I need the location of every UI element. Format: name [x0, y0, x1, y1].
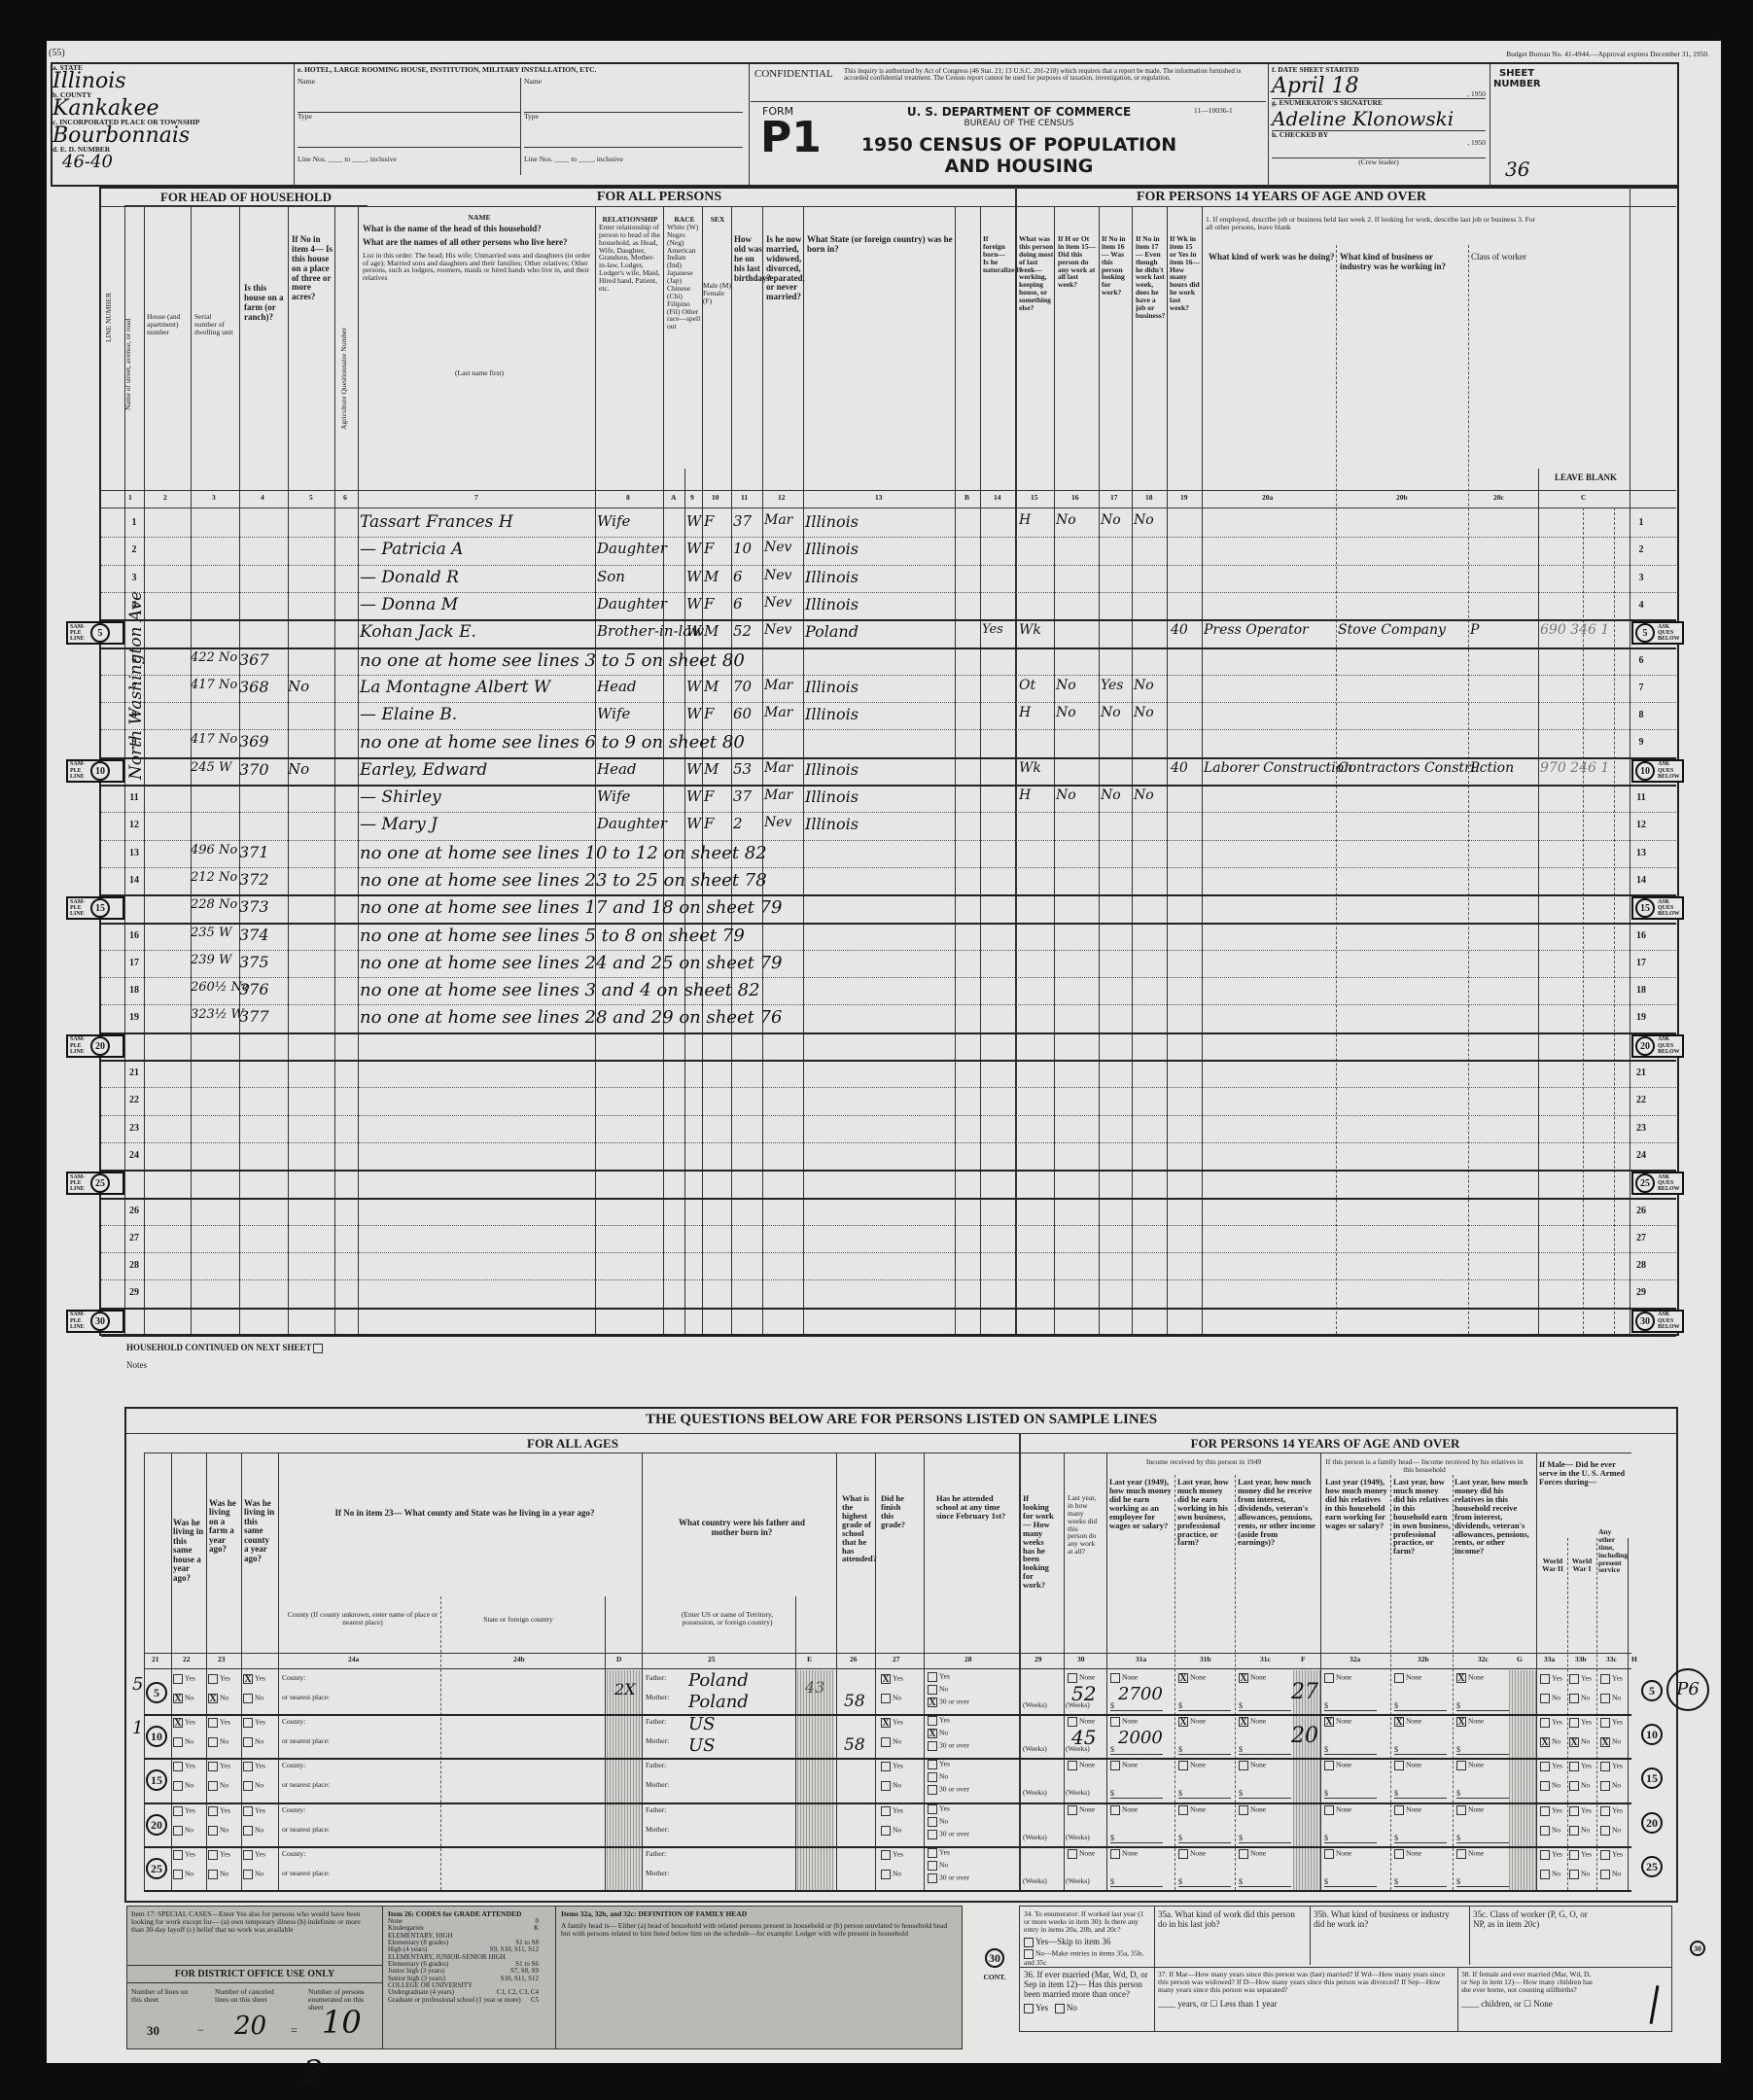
q28-option: 30 or over	[939, 1829, 969, 1837]
line-number: 26	[124, 1207, 144, 1217]
q31a-none-checkbox[interactable]	[1110, 1805, 1120, 1815]
cell-sex: M	[704, 678, 731, 695]
q23-no-checkbox[interactable]	[243, 1870, 253, 1879]
line-number-right: 11	[1631, 793, 1651, 804]
q33-yes-checkbox[interactable]	[1569, 1806, 1579, 1816]
q33-no-checkbox[interactable]	[1540, 1694, 1550, 1703]
q33-no-checkbox[interactable]	[1540, 1870, 1550, 1879]
q33-yes-checkbox[interactable]	[1540, 1762, 1550, 1771]
grid-line	[924, 1452, 925, 1890]
cell-name: — Donald R	[360, 568, 593, 587]
col-industry: What kind of business or industry was he…	[1340, 253, 1466, 272]
row-divider	[101, 1142, 1676, 1143]
line-number: 29	[124, 1288, 144, 1299]
county-label: County:	[282, 1762, 305, 1769]
q28-checkbox[interactable]	[928, 1685, 937, 1695]
cell-birth: Illinois	[805, 678, 953, 696]
none-label: None	[1336, 1804, 1351, 1813]
yes-label: Yes	[1581, 1850, 1592, 1859]
none-label: None	[1079, 1849, 1095, 1858]
no-label: No	[1552, 1870, 1560, 1878]
q23-no-checkbox[interactable]	[243, 1826, 253, 1836]
q22-no-checkbox[interactable]: X	[208, 1694, 218, 1703]
q33-header: If Male— Did he ever serve in the U. S. …	[1539, 1460, 1629, 1487]
q28-checkbox[interactable]	[928, 1760, 937, 1769]
q33-yes-checkbox[interactable]	[1569, 1762, 1579, 1771]
q27-no-checkbox[interactable]	[881, 1694, 891, 1703]
q31a-none-checkbox[interactable]	[1110, 1849, 1120, 1859]
name-q2: What are the names of all other persons …	[363, 238, 596, 248]
q33-yes-checkbox[interactable]	[1600, 1850, 1610, 1860]
q31c-none-checkbox[interactable]: X	[1239, 1717, 1248, 1727]
q22-no-checkbox[interactable]	[208, 1870, 218, 1879]
name-q1: What is the name of the head of this hou…	[363, 225, 596, 234]
q28-checkbox[interactable]	[928, 1772, 937, 1782]
q21-no-checkbox[interactable]	[173, 1737, 183, 1747]
yes-label: Yes	[255, 1805, 265, 1814]
grade-value: 58	[844, 1692, 865, 1711]
q33-no-checkbox[interactable]	[1600, 1870, 1610, 1879]
cell-work: No	[1056, 705, 1099, 720]
q30-none-checkbox[interactable]	[1068, 1761, 1077, 1770]
q31c-none-checkbox[interactable]	[1239, 1761, 1248, 1770]
sample-line-marker: SAM-PLE LINE15	[66, 896, 124, 920]
census-sheet: (55) Budget Bureau No. 41-4944.—Approval…	[47, 41, 1721, 2063]
cell-rel: Wife	[597, 705, 663, 722]
q32b-none-checkbox[interactable]: X	[1394, 1717, 1404, 1727]
q31b-none-checkbox[interactable]: X	[1178, 1717, 1188, 1727]
county-label: County:	[282, 1718, 305, 1726]
row-divider	[101, 592, 1676, 593]
q33-yes-checkbox[interactable]	[1569, 1674, 1579, 1684]
yes-label: Yes	[893, 1805, 903, 1814]
cell-mar: Nev	[764, 595, 803, 611]
q23-yes-checkbox[interactable]	[243, 1850, 253, 1860]
q22-yes-checkbox[interactable]	[208, 1762, 218, 1771]
q32a-none-checkbox[interactable]	[1324, 1673, 1334, 1683]
cell-occ: Laborer Construction	[1204, 760, 1334, 776]
q22-no-checkbox[interactable]	[208, 1781, 218, 1791]
row-divider	[101, 1170, 1676, 1172]
sample-row-line: 5	[146, 1682, 167, 1703]
q31c-none-checkbox[interactable]	[1239, 1805, 1248, 1815]
sample-col-num: 32a	[1350, 1656, 1360, 1663]
q33-yes-checkbox[interactable]	[1569, 1850, 1579, 1860]
q32a-none-checkbox[interactable]	[1324, 1761, 1334, 1770]
cell-work: No	[1056, 512, 1099, 528]
q33-no-checkbox[interactable]	[1569, 1694, 1579, 1703]
grade-codes: Item 26: CODES for GRADE ATTENDED None0K…	[388, 1910, 539, 2004]
divider	[144, 1668, 1631, 1669]
sample-line-label: SAM-PLE LINE	[70, 1036, 88, 1055]
q21-no-checkbox[interactable]	[173, 1781, 183, 1791]
hotel-block: e. HOTEL, LARGE ROOMING HOUSE, INSTITUTI…	[298, 66, 745, 175]
grid-line	[1175, 1475, 1175, 1890]
q28-checkbox[interactable]	[928, 1861, 937, 1871]
q33-no-checkbox[interactable]	[1540, 1781, 1550, 1791]
q22-yes-checkbox[interactable]	[208, 1850, 218, 1860]
none-label: None	[1250, 1673, 1266, 1682]
q27-no-checkbox[interactable]	[881, 1870, 891, 1879]
q21-yes-checkbox[interactable]	[173, 1806, 183, 1816]
q27-no-checkbox[interactable]	[881, 1781, 891, 1791]
ask-ques-label: ASK QUES BELOW	[1658, 1036, 1679, 1055]
cell-name: no one at home see lines 23 to 25 on she…	[360, 870, 963, 891]
row-divider	[101, 1198, 1676, 1200]
section-persons-14: FOR PERSONS 14 YEARS OF AGE AND OVER	[1009, 190, 1554, 205]
q27-yes-checkbox[interactable]	[881, 1762, 891, 1771]
q33-no-checkbox[interactable]: X	[1600, 1737, 1610, 1747]
q32b-none-checkbox[interactable]	[1394, 1849, 1404, 1859]
col-num-B: B	[964, 494, 969, 502]
cell-work: No	[1056, 787, 1099, 803]
q28-checkbox[interactable]	[928, 1804, 937, 1814]
grid-line	[1054, 206, 1055, 1334]
form-id: P1	[760, 117, 822, 159]
q33-yes-checkbox[interactable]	[1600, 1718, 1610, 1728]
cell-ind: Stove Company	[1338, 622, 1466, 638]
q28-header: Has he attended school at any time since…	[936, 1494, 1014, 1521]
grid-line	[1106, 1452, 1107, 1890]
q27-yes-checkbox[interactable]	[881, 1850, 891, 1860]
q32b-none-checkbox[interactable]	[1394, 1805, 1404, 1815]
col-sex: SEX Male (M) Female (F)	[703, 216, 732, 305]
q27-yes-checkbox[interactable]: X	[881, 1674, 891, 1684]
q30-none-checkbox[interactable]	[1068, 1805, 1077, 1815]
family-head-text: A family head is— Either (a) head of hou…	[561, 1922, 958, 1938]
q21-yes-checkbox[interactable]: X	[173, 1718, 183, 1728]
q33-yes-checkbox[interactable]	[1540, 1806, 1550, 1816]
sample-row-line-right: 20	[1641, 1812, 1663, 1834]
cell-race: W	[686, 678, 702, 695]
none-label: None	[1250, 1804, 1266, 1813]
q33-no-checkbox[interactable]	[1600, 1694, 1610, 1703]
none-label: None	[1250, 1849, 1266, 1858]
q32a-none-checkbox[interactable]	[1324, 1849, 1334, 1859]
no-label: No	[220, 1870, 228, 1878]
q27-no-checkbox[interactable]	[881, 1826, 891, 1836]
q28-checkbox[interactable]	[928, 1785, 937, 1795]
q32c-none-checkbox[interactable]	[1456, 1805, 1466, 1815]
type-label-2: Type	[524, 113, 743, 121]
q21-yes-checkbox[interactable]	[173, 1762, 183, 1771]
line-number-right: 2	[1631, 545, 1651, 556]
row-divider	[101, 729, 1676, 730]
cell-sex: F	[704, 705, 731, 722]
q33-no-checkbox[interactable]: X	[1569, 1737, 1579, 1747]
sample-col-num: 26	[850, 1656, 858, 1663]
q32c-header: Last year, how much money did his relati…	[1455, 1478, 1532, 1556]
q31a-none-checkbox[interactable]	[1110, 1717, 1120, 1727]
col-marital: Is he now married, widowed, divorced, se…	[766, 235, 803, 302]
q22-no-checkbox[interactable]	[208, 1826, 218, 1836]
cell-rel: Brother-in-law	[597, 622, 663, 640]
lines-value: 30	[147, 2023, 159, 2039]
q33-no-checkbox[interactable]	[1569, 1870, 1579, 1879]
grade-code-value: K	[534, 1925, 539, 1932]
q28-option: Yes	[939, 1848, 950, 1857]
location-block: a. STATE Illinois b. COUNTY Kankakee c. …	[53, 64, 294, 171]
q32c-none-checkbox[interactable]: X	[1456, 1717, 1466, 1727]
row-divider	[101, 1115, 1676, 1116]
hotel-col-1: Name Type Line Nos. ____ to ____, inclus…	[298, 78, 521, 175]
q27-header: Did he finish this grade?	[881, 1494, 914, 1529]
cell-rel: Head	[597, 760, 663, 778]
q21-header: Was he living in this same house a year …	[173, 1519, 204, 1583]
yes-label: Yes	[1612, 1674, 1623, 1683]
q33-yes-checkbox[interactable]	[1600, 1806, 1610, 1816]
q23-yes-checkbox[interactable]: X	[243, 1674, 253, 1684]
grade-code-row: Graduate or professional school (1 year …	[388, 1997, 539, 2004]
line-number-right: 4	[1631, 601, 1651, 612]
col-serial: Serial number of dwelling unit	[194, 313, 235, 336]
col-num-4: 4	[261, 494, 264, 502]
nearest-label: or nearest place:	[282, 1737, 340, 1745]
no-label: No	[1581, 1825, 1590, 1834]
q27-no-checkbox[interactable]	[881, 1737, 891, 1747]
cell-name: — Mary J	[360, 815, 593, 834]
q36-text: 36. If ever married (Mar, Wd, D, or Sep …	[1024, 1971, 1150, 2000]
cell-age: 6	[733, 568, 762, 585]
q33-yes-checkbox[interactable]	[1540, 1718, 1550, 1728]
sample-line-number: 10	[90, 761, 110, 781]
cell-mar: Mar	[764, 787, 803, 803]
q23-no-checkbox[interactable]	[243, 1694, 253, 1703]
q23-yes-checkbox[interactable]	[243, 1762, 253, 1771]
q31c-none-checkbox[interactable]	[1239, 1849, 1248, 1859]
yes-label: Yes	[220, 1850, 230, 1859]
grid-line	[1099, 206, 1100, 1334]
no-label: No	[1581, 1694, 1590, 1702]
q33-yes-checkbox[interactable]	[1600, 1674, 1610, 1684]
row-divider	[101, 647, 1676, 649]
none-label: None	[1336, 1761, 1351, 1769]
q36-yes-label: Yes	[1035, 2003, 1048, 2012]
q28-checkbox[interactable]: X	[928, 1697, 937, 1707]
line-number-right: 13	[1631, 849, 1651, 859]
q34-yes-label: Yes—Skip to item 36	[1035, 1937, 1110, 1946]
ask-ques-line-number: 10	[1635, 761, 1655, 781]
q33-yes-checkbox[interactable]	[1540, 1850, 1550, 1860]
q23-yes-checkbox[interactable]	[243, 1718, 253, 1728]
relationship-desc: Enter relationship of person to head of …	[599, 224, 661, 293]
q21-no-checkbox[interactable]: X	[173, 1694, 183, 1703]
q33c-header: Any other time, including present servic…	[1598, 1528, 1628, 1574]
no-label: No	[1612, 1694, 1621, 1702]
line-number: 21	[124, 1068, 144, 1079]
col-num-11: 11	[741, 494, 748, 502]
no-label: No	[185, 1781, 193, 1790]
cell-birth: Illinois	[805, 595, 953, 613]
q23-yes-checkbox[interactable]	[243, 1806, 253, 1816]
checked-label: h. CHECKED BY	[1272, 131, 1486, 139]
cell-birth: Illinois	[805, 512, 953, 531]
no-label: No	[1552, 1781, 1560, 1790]
divider	[144, 1452, 1631, 1453]
none-label: None	[1122, 1673, 1138, 1682]
q31c-none-checkbox[interactable]: X	[1239, 1673, 1248, 1683]
sample-row-divider	[144, 1890, 1631, 1892]
q38-text: 38. If female and ever married (Mar, Wd,…	[1461, 1971, 1597, 1994]
weeks-label: (Weeks)	[1066, 1877, 1090, 1885]
weeks-label: (Weeks)	[1023, 1701, 1047, 1709]
grade-value: 58	[844, 1735, 865, 1755]
cell-hours: 40	[1171, 760, 1202, 776]
weeks-label: (Weeks)	[1023, 1877, 1047, 1885]
q28-checkbox[interactable]	[928, 1716, 937, 1726]
q31b-none-checkbox[interactable]	[1178, 1805, 1188, 1815]
q28-option: No	[939, 1816, 948, 1825]
line-number: 11	[124, 793, 144, 804]
cell-birth: Illinois	[805, 815, 953, 833]
col-num-13: 13	[875, 494, 883, 502]
none-label: None	[1122, 1849, 1138, 1858]
cell-house: 417 No	[191, 678, 237, 692]
q32c-none-checkbox[interactable]	[1456, 1761, 1466, 1770]
q28-option: Yes	[939, 1716, 950, 1725]
col-naturalized: If foreign born— Is he naturalized?	[983, 235, 1012, 273]
cell-serial: 369	[239, 732, 286, 751]
cell-job: No	[1134, 787, 1167, 803]
q28-checkbox[interactable]: X	[928, 1729, 937, 1738]
q33-no-checkbox[interactable]	[1540, 1826, 1550, 1836]
q36-no-checkbox[interactable]	[1055, 2004, 1065, 2013]
notes-label: Notes	[126, 1361, 147, 1371]
q21-no-checkbox[interactable]	[173, 1870, 183, 1879]
mother-label: Mother:	[646, 1870, 669, 1877]
none-label: None	[1406, 1673, 1421, 1682]
q36-no-label: No	[1067, 2003, 1077, 2012]
q23-header: Was he living in this same county a year…	[244, 1499, 275, 1563]
father-label: Father:	[646, 1674, 666, 1682]
q37-answer: ____ years, or ☐ Less than 1 year	[1158, 2000, 1450, 2009]
cell-mar: Mar	[764, 705, 803, 720]
q30-none-checkbox[interactable]	[1068, 1849, 1077, 1859]
q28-checkbox[interactable]	[928, 1672, 937, 1682]
sample-all-ages: FOR ALL AGES	[126, 1436, 1019, 1452]
q31a-none-checkbox[interactable]	[1110, 1761, 1120, 1770]
sheet-block: f. DATE SHEET STARTED April 18 , 1950 g.…	[1272, 66, 1486, 166]
q22-yes-checkbox[interactable]	[208, 1718, 218, 1728]
q28-option: 30 or over	[939, 1873, 969, 1882]
line-number-right: 14	[1631, 876, 1651, 887]
sample-col-num: 31a	[1136, 1656, 1146, 1663]
col-agri: Agriculture Questionnaire Number	[340, 235, 348, 430]
name-label: Name	[298, 78, 520, 86]
q27-yes-checkbox[interactable]	[881, 1806, 891, 1816]
none-label: None	[1468, 1717, 1484, 1726]
cell-age: 37	[733, 512, 762, 530]
hotel-col-2: Name Type Line Nos. ____ to ____, inclus…	[521, 78, 743, 175]
q28-checkbox[interactable]	[928, 1817, 937, 1827]
yes-label: Yes	[1552, 1805, 1562, 1814]
q33-no-checkbox[interactable]: X	[1540, 1737, 1550, 1747]
q32c-none-checkbox[interactable]: X	[1456, 1673, 1466, 1683]
q27-yes-checkbox[interactable]: X	[881, 1718, 891, 1728]
q32b-none-checkbox[interactable]	[1394, 1673, 1404, 1683]
sample-col-num: 24a	[348, 1656, 359, 1663]
q28-checkbox[interactable]	[928, 1848, 937, 1858]
q33-no-checkbox[interactable]	[1600, 1781, 1610, 1791]
line-number-right: 23	[1631, 1124, 1651, 1135]
household-continued-checkbox[interactable]	[313, 1344, 323, 1353]
q21-yes-checkbox[interactable]	[173, 1674, 183, 1684]
q33-yes-checkbox[interactable]	[1600, 1762, 1610, 1771]
yes-label: Yes	[1552, 1674, 1562, 1683]
line-number: 6	[124, 656, 144, 667]
divider	[126, 1433, 1677, 1434]
q32a-none-checkbox[interactable]: X	[1324, 1717, 1334, 1727]
line-number-right: 16	[1631, 931, 1651, 942]
q33-yes-checkbox[interactable]	[1540, 1674, 1550, 1684]
col-num-6: 6	[343, 494, 347, 502]
cell-rel: Daughter	[597, 595, 663, 612]
cell-rel: Daughter	[597, 540, 663, 557]
q23-no-checkbox[interactable]	[243, 1781, 253, 1791]
no-label: No	[220, 1781, 228, 1790]
cell-serial: 375	[239, 953, 286, 971]
q21-yes-checkbox[interactable]	[173, 1850, 183, 1860]
q34-yes-checkbox[interactable]	[1024, 1938, 1034, 1947]
q21-no-checkbox[interactable]	[173, 1826, 183, 1836]
yes-label: Yes	[220, 1805, 230, 1814]
section-head-of-household: FOR HEAD OF HOUSEHOLD	[124, 190, 368, 206]
q31b-none-checkbox[interactable]	[1178, 1761, 1188, 1770]
no-label: No	[220, 1694, 228, 1702]
divider	[1268, 64, 1269, 187]
q32c-none-checkbox[interactable]	[1456, 1849, 1466, 1859]
sample-col-num: 32c	[1478, 1656, 1489, 1663]
q33-no-checkbox[interactable]	[1569, 1781, 1579, 1791]
sample-line-label: SAM-PLE LINE	[70, 1312, 88, 1330]
cell-serial: 377	[239, 1007, 286, 1026]
q32b-none-checkbox[interactable]	[1394, 1761, 1404, 1770]
q36-yes-checkbox[interactable]	[1024, 2004, 1034, 2013]
yes-label: Yes	[185, 1718, 195, 1727]
q31b-none-checkbox[interactable]: X	[1178, 1673, 1188, 1683]
sample-row-line: 10	[146, 1726, 167, 1747]
q33-no-checkbox[interactable]	[1600, 1826, 1610, 1836]
q28-checkbox[interactable]	[928, 1741, 937, 1751]
q31b-none-checkbox[interactable]	[1178, 1849, 1188, 1859]
q22-no-checkbox[interactable]	[208, 1737, 218, 1747]
q31a-none-checkbox[interactable]	[1110, 1673, 1120, 1683]
sample-row-divider	[144, 1846, 1631, 1848]
divider	[1457, 1967, 1458, 2031]
footer-questions: 34. To enumerator: If worked last year (…	[1019, 1906, 1672, 2032]
row-divider	[101, 757, 1676, 759]
col-occupation: What kind of work was he doing?	[1209, 253, 1335, 262]
col-farm: Is this house on a farm (or ranch)?	[244, 284, 287, 323]
q32a-none-checkbox[interactable]	[1324, 1805, 1334, 1815]
q23-no-checkbox[interactable]	[243, 1737, 253, 1747]
income-header: Income received by this person in 1949	[1106, 1458, 1301, 1466]
q28-checkbox[interactable]	[928, 1873, 937, 1883]
grade-codes-list: None0KindergartenKELEMENTARY, HIGHElemen…	[388, 1918, 539, 2004]
cell-act: H	[1019, 512, 1054, 528]
q22-yes-checkbox[interactable]	[208, 1674, 218, 1684]
yes-label: Yes	[1612, 1805, 1623, 1814]
col-street: Name of street, avenue, or road	[124, 235, 132, 410]
q28-checkbox[interactable]	[928, 1830, 937, 1839]
q33-yes-checkbox[interactable]	[1569, 1718, 1579, 1728]
father-birthplace: US	[688, 1714, 716, 1734]
q33-no-checkbox[interactable]	[1569, 1826, 1579, 1836]
grade-code-label: Graduate or professional school (1 year …	[388, 1997, 521, 2004]
q34: 34. To enumerator: If worked last year (…	[1024, 1910, 1148, 1967]
q22-yes-checkbox[interactable]	[208, 1806, 218, 1816]
q31b-header: Last year, how much money did he earn wo…	[1177, 1478, 1236, 1547]
